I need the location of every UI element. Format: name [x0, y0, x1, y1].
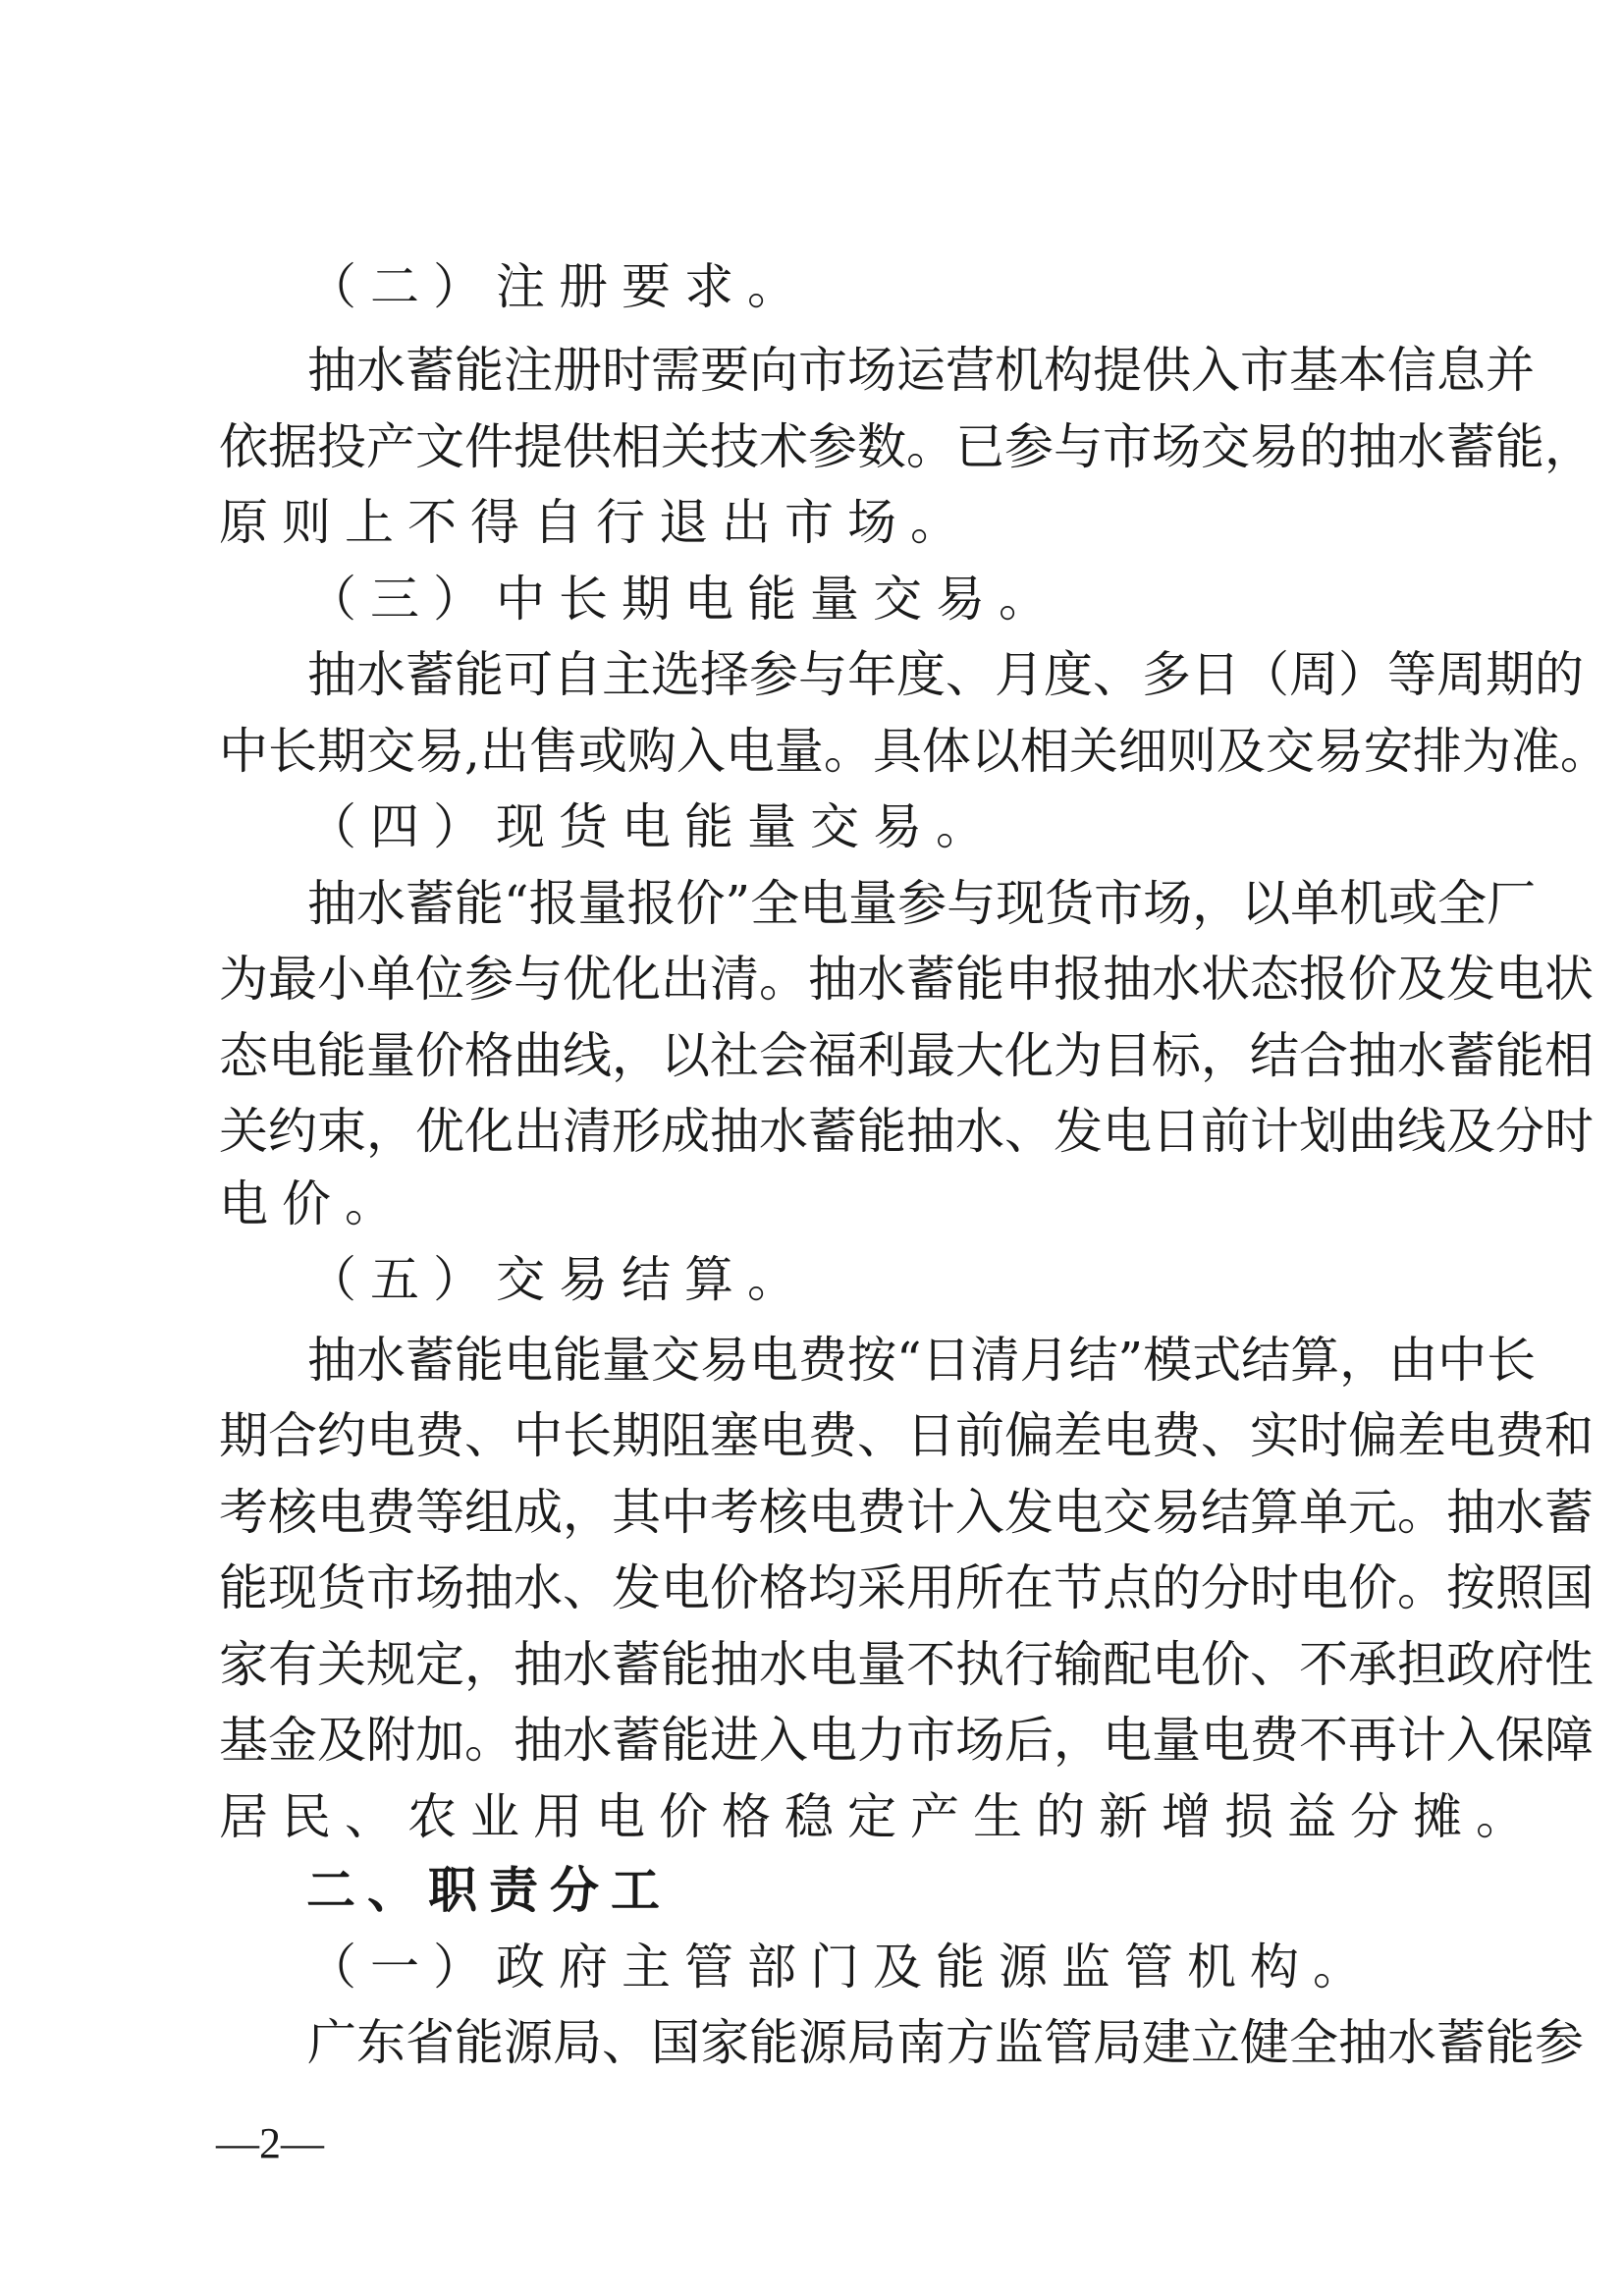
paragraph-line: 能现货市场抽水、发电价格均采用所在节点的分时电价。按照国 [219, 1558, 1421, 1617]
paragraph-line: 原则上不得自行退出市场。 [219, 493, 973, 552]
subheading-registration: （二）注册要求。 [307, 257, 810, 316]
paragraph-line: 基金及附加。抽水蓄能进入电力市场后，电量电费不再计入保障 [219, 1711, 1421, 1770]
paragraph-line: 广东省能源局、国家能源局南方监管局建立健全抽水蓄能参 [307, 2013, 1421, 2072]
document-page: （二）注册要求。 抽水蓄能注册时需要向市场运营机构提供入市基本信息并 依据投产文… [0, 0, 1623, 2296]
paragraph-line: 抽水蓄能电能量交易电费按“日清月结”模式结算，由中长 [307, 1331, 1421, 1390]
paragraph-line: 抽水蓄能注册时需要向市场运营机构提供入市基本信息并 [307, 341, 1421, 400]
paragraph-line: 抽水蓄能可自主选择参与年度、月度、多日（周）等周期的 [307, 645, 1421, 704]
paragraph-line: 依据投产文件提供相关技术参数。已参与市场交易的抽水蓄能， [219, 417, 1421, 476]
paragraph-line: 抽水蓄能“报量报价”全电量参与现货市场，以单机或全厂 [307, 874, 1421, 933]
subheading-government-authorities: （一）政府主管部门及能源监管机构。 [307, 1938, 1376, 1996]
page-number: —2— [216, 2121, 324, 2166]
subheading-spot-trading: （四）现货电能量交易。 [307, 797, 999, 856]
paragraph-line: 中长期交易,出售或购入电量。具体以相关细则及交易安排为准。 [219, 722, 1421, 781]
paragraph-line: 期合约电费、中长期阻塞电费、日前偏差电费、实时偏差电费和 [219, 1406, 1421, 1465]
paragraph-line: 家有关规定，抽水蓄能抽水电量不执行输配电价、不承担政府性 [219, 1635, 1421, 1694]
paragraph-line: 考核电费等组成，其中考核电费计入发电交易结算单元。抽水蓄 [219, 1483, 1421, 1542]
section-heading-responsibilities: 二、职责分工 [306, 1861, 672, 1920]
paragraph-line: 为最小单位参与优化出清。抽水蓄能申报抽水状态报价及发电状 [219, 950, 1421, 1009]
subheading-medium-long-term-trading: （三）中长期电能量交易。 [307, 570, 1061, 629]
paragraph-line: 居民、农业用电价格稳定产生的新增损益分摊。 [219, 1787, 1539, 1846]
subheading-settlement: （五）交易结算。 [307, 1250, 810, 1309]
paragraph-line: 关约束，优化出清形成抽水蓄能抽水、发电日前计划曲线及分时 [219, 1102, 1421, 1161]
paragraph-line: 态电能量价格曲线，以社会福利最大化为目标，结合抽水蓄能相 [219, 1026, 1421, 1085]
paragraph-line: 电价。 [219, 1175, 407, 1233]
